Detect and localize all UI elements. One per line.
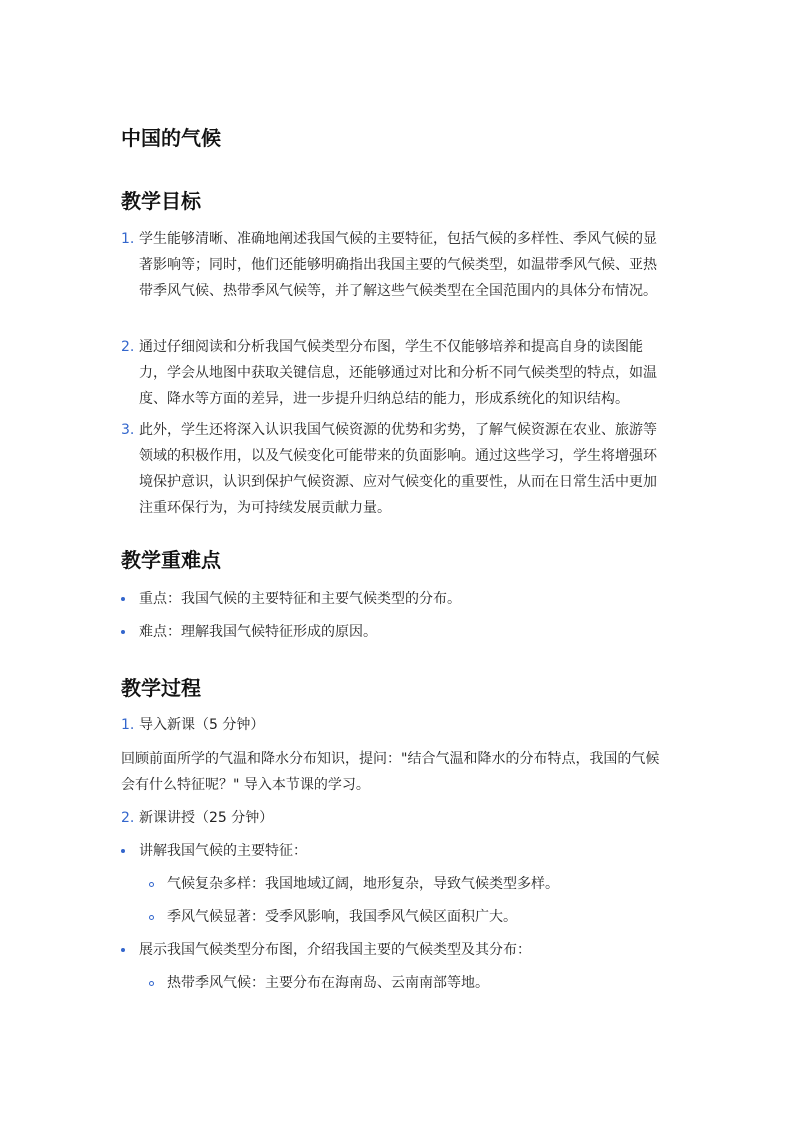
key-point-text: 难点：理解我国气候特征形成的原因。 xyxy=(121,619,669,645)
key-point-item: 重点：我国气候的主要特征和主要气候类型的分布。 xyxy=(121,586,669,612)
objective-item: 2. 通过仔细阅读和分析我国气候类型分布图，学生不仅能够培养和提高自身的读图能力… xyxy=(121,334,669,412)
objective-item: 3. 此外，学生还将深入认识我国气候资源的优势和劣势，了解气候资源在农业、旅游等… xyxy=(121,417,669,521)
objective-text: 学生能够清晰、准确地阐述我国气候的主要特征，包括气候的多样性、季风气候的显著影响… xyxy=(121,226,669,304)
section-heading-objectives: 教学目标 xyxy=(121,185,201,214)
objective-text: 通过仔细阅读和分析我国气候类型分布图，学生不仅能够培养和提高自身的读图能力，学会… xyxy=(121,334,669,412)
process-sub-bullet: 气候复杂多样：我国地域辽阔，地形复杂，导致气候类型多样。 xyxy=(149,871,669,897)
document-title: 中国的气候 xyxy=(121,122,221,151)
section-heading-process: 教学过程 xyxy=(121,672,201,701)
process-bullet: 讲解我国气候的主要特征： xyxy=(121,838,669,864)
process-step-text: 导入新课（5 分钟） xyxy=(121,712,669,738)
bullet-icon xyxy=(121,630,125,634)
sub-bullet-icon xyxy=(149,981,154,986)
process-bullet-text: 讲解我国气候的主要特征： xyxy=(121,838,669,864)
key-point-item: 难点：理解我国气候特征形成的原因。 xyxy=(121,619,669,645)
process-sub-bullet: 热带季风气候：主要分布在海南岛、云南南部等地。 xyxy=(149,970,669,996)
sub-bullet-icon xyxy=(149,882,154,887)
key-point-text: 重点：我国气候的主要特征和主要气候类型的分布。 xyxy=(121,586,669,612)
section-heading-key-points: 教学重难点 xyxy=(121,544,221,573)
list-number: 3. xyxy=(121,417,134,443)
process-step-text: 新课讲授（25 分钟） xyxy=(121,805,669,831)
process-sub-bullet-text: 热带季风气候：主要分布在海南岛、云南南部等地。 xyxy=(149,970,669,996)
bullet-icon xyxy=(121,948,125,952)
list-number: 1. xyxy=(121,712,134,738)
process-sub-bullet-text: 季风气候显著：受季风影响，我国季风气候区面积广大。 xyxy=(149,904,669,930)
list-number: 1. xyxy=(121,226,134,252)
bullet-icon xyxy=(121,849,125,853)
process-sub-bullet-text: 气候复杂多样：我国地域辽阔，地形复杂，导致气候类型多样。 xyxy=(149,871,669,897)
objective-item: 1. 学生能够清晰、准确地阐述我国气候的主要特征，包括气候的多样性、季风气候的显… xyxy=(121,226,669,304)
list-number: 2. xyxy=(121,334,134,360)
process-paragraph: 回顾前面所学的气温和降水分布知识，提问："结合气温和降水的分布特点，我国的气候会… xyxy=(121,746,669,798)
process-step: 1. 导入新课（5 分钟） xyxy=(121,712,669,738)
process-step: 2. 新课讲授（25 分钟） xyxy=(121,805,669,831)
list-number: 2. xyxy=(121,805,134,831)
process-bullet: 展示我国气候类型分布图，介绍我国主要的气候类型及其分布： xyxy=(121,937,669,963)
objective-text: 此外，学生还将深入认识我国气候资源的优势和劣势，了解气候资源在农业、旅游等领域的… xyxy=(121,417,669,521)
process-bullet-text: 展示我国气候类型分布图，介绍我国主要的气候类型及其分布： xyxy=(121,937,669,963)
sub-bullet-icon xyxy=(149,915,154,920)
process-sub-bullet: 季风气候显著：受季风影响，我国季风气候区面积广大。 xyxy=(149,904,669,930)
bullet-icon xyxy=(121,597,125,601)
